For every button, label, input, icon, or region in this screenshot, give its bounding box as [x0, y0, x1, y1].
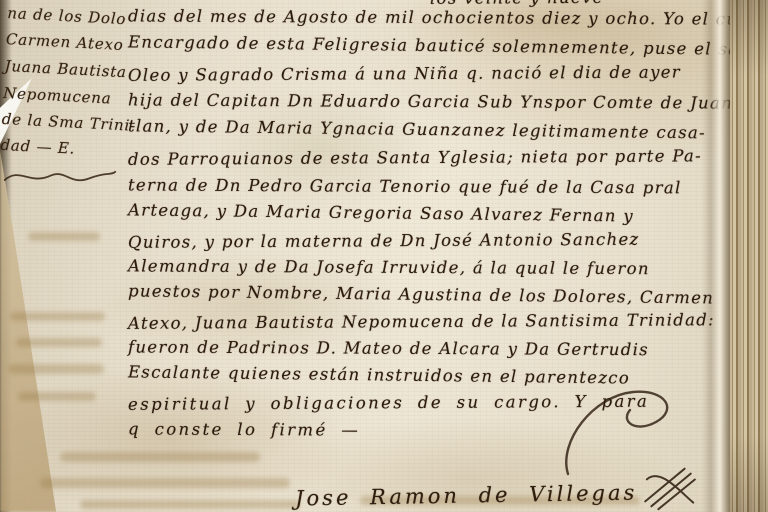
record-line: hija del Capitan Dn Eduardo Garcia Sub Y…	[128, 90, 728, 112]
record-line: Quiros, y por la materna de Dn José Anto…	[128, 229, 728, 252]
record-line: terna de Dn Pedro Garcia Tenorio que fué…	[128, 175, 728, 197]
record-line: dos Parroquianos de esta Santa Yglesia; …	[128, 146, 728, 169]
record-line: tlan, y de Da Maria Ygnacia Guanzanez le…	[128, 116, 728, 142]
rubric-icon	[641, 462, 698, 511]
record-line: fueron de Padrinos D. Mateo de Alcara y …	[128, 337, 728, 359]
priest-signature: Jose Ramon de Villegas	[295, 462, 698, 512]
page-curl-edge	[702, 0, 732, 512]
record-line: puestos por Nombre, Maria Agustina de lo…	[128, 281, 728, 307]
record-line: Arteaga, y Da Maria Gregoria Saso Alvare…	[128, 200, 728, 226]
document-photo: na de los Dolo Carmen Atexo Juana Bautis…	[0, 0, 768, 512]
record-line: Alemandra y de Da Josefa Irruvide, á la …	[128, 256, 728, 278]
signature-name: Jose Ramon de Villegas	[295, 481, 638, 511]
record-line: Atexo, Juana Bautista Nepomucena de la S…	[128, 310, 728, 333]
record-line: Encargado de esta Feligresia bauticé sol…	[128, 32, 728, 58]
record-line: dias del mes de Agosto de mil ochociento…	[128, 6, 728, 28]
book-gutter-pages	[730, 0, 768, 512]
record-line: Oleo y Sagrado Crisma á una Niña q. naci…	[128, 62, 728, 85]
